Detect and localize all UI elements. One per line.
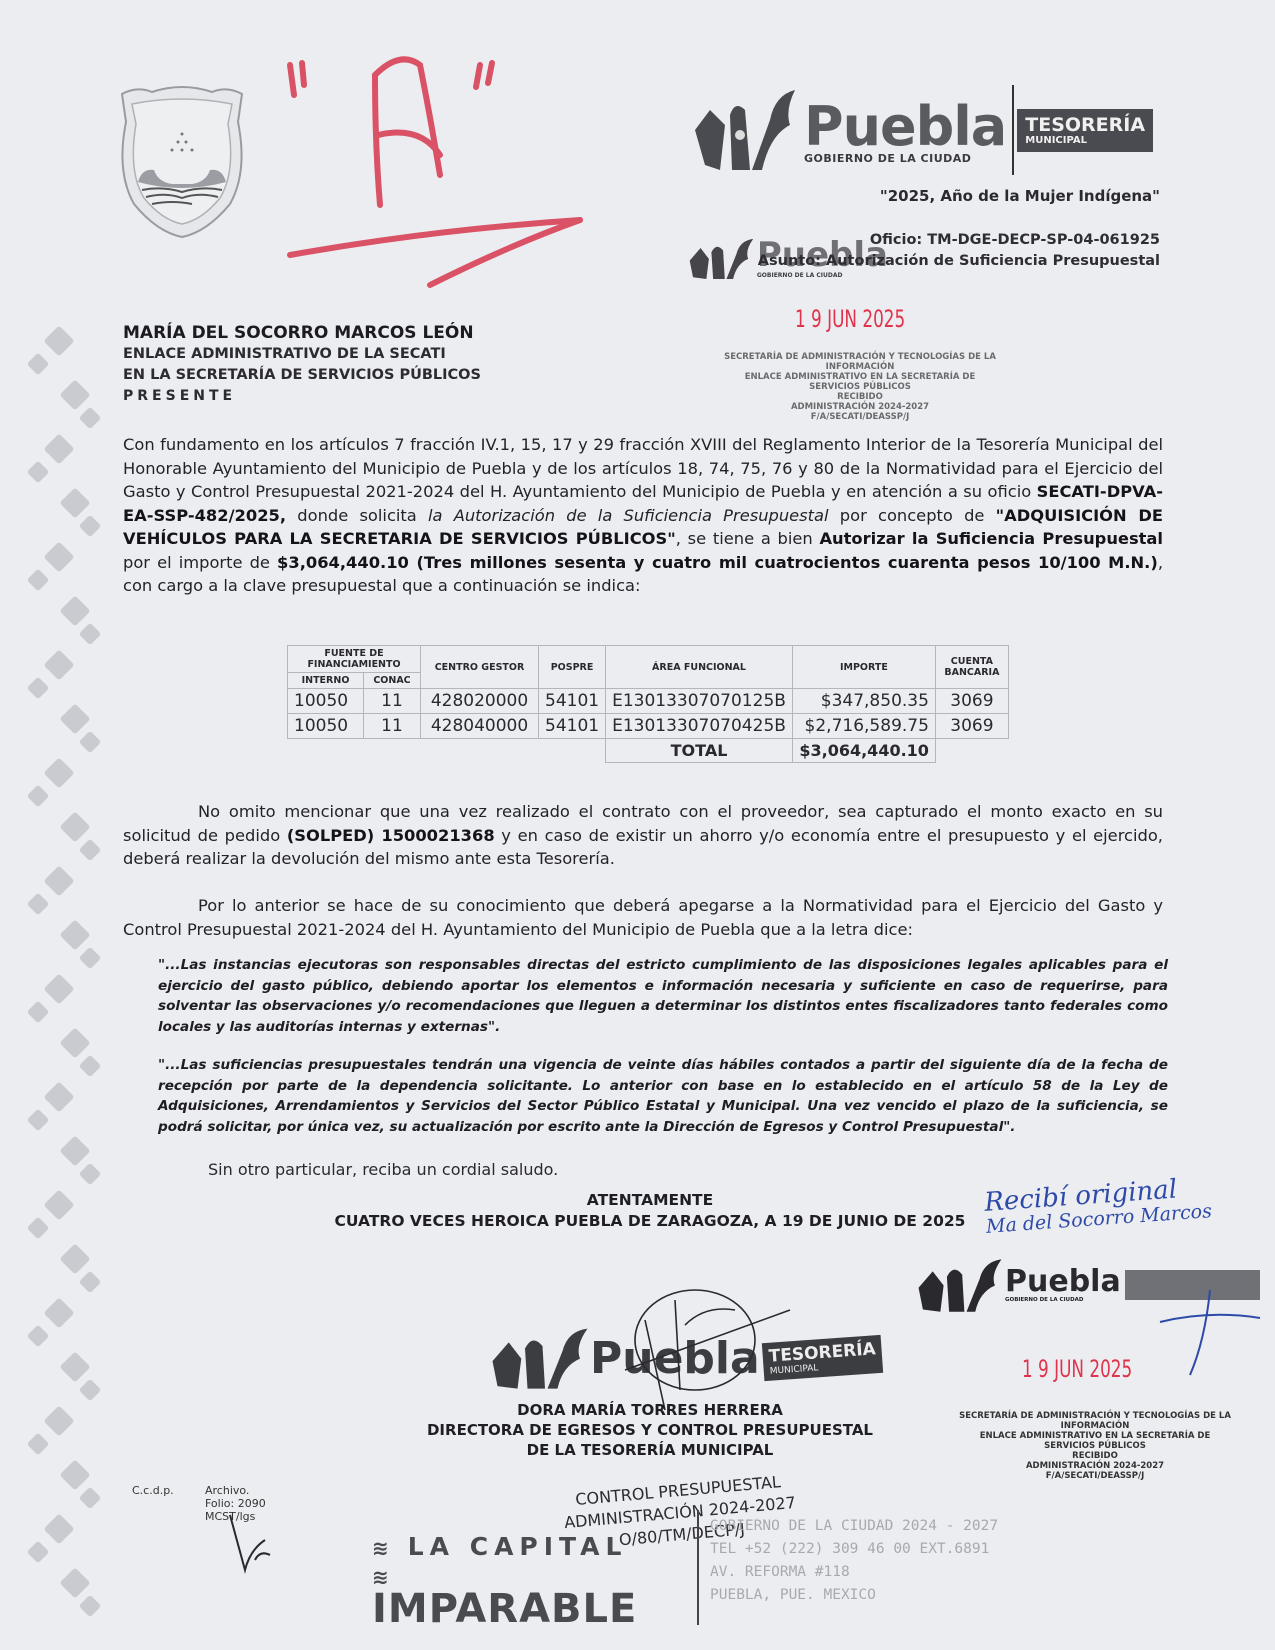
header-pospre: POSPRE xyxy=(539,646,606,689)
decorative-diamond xyxy=(27,677,50,700)
decorative-diamond xyxy=(79,1163,102,1186)
decorative-diamond xyxy=(43,973,74,1004)
cell-importe: $347,850.35 xyxy=(792,689,935,714)
total-value: $3,064,440.10 xyxy=(792,739,935,763)
decorative-diamond xyxy=(43,1405,74,1436)
decorative-diamond xyxy=(79,947,102,970)
stamp-line: RECIBIDO xyxy=(930,1451,1260,1461)
addressee-name: MARÍA DEL SOCORRO MARCOS LEÓN xyxy=(123,323,481,344)
decorative-diamond xyxy=(59,1027,90,1058)
decorative-diamond xyxy=(27,893,50,916)
handwritten-initial xyxy=(1150,1290,1270,1380)
header-area-funcional: ÁREA FUNCIONAL xyxy=(606,646,793,689)
p1-text: por concepto de xyxy=(829,506,996,525)
cell-importe: $2,716,589.75 xyxy=(792,714,935,739)
tesoreria-badge: TESORERÍA MUNICIPAL xyxy=(1017,109,1153,152)
decorative-diamond xyxy=(27,1541,50,1564)
oficio-number: Oficio: TM-DGE-DECP-SP-04-061925 xyxy=(758,230,1160,251)
received-stamp-text: SECRETARÍA DE ADMINISTRACIÓN Y TECNOLOGÍ… xyxy=(700,352,1020,422)
cell-area-funcional: E13013307070425B xyxy=(606,714,793,739)
la-capital-imparable-logo: ≋ LA CAPITAL ≋ IMPARABLE xyxy=(372,1532,662,1628)
received-stamp-bottom-text: SECRETARÍA DE ADMINISTRACIÓN Y TECNOLOGÍ… xyxy=(930,1411,1260,1481)
decorative-diamond xyxy=(43,433,74,464)
cell-conac: 11 xyxy=(363,689,420,714)
municipal-label: MUNICIPAL xyxy=(1025,135,1145,146)
total-row: TOTAL $3,064,440.10 xyxy=(288,739,1009,763)
stamp-line: SECRETARÍA DE ADMINISTRACIÓN Y TECNOLOGÍ… xyxy=(930,1411,1260,1421)
stamp-logo-word: Puebla xyxy=(1005,1267,1121,1297)
paragraph-solped: No omito mencionar que una vez realizado… xyxy=(123,800,1163,871)
cell-centro-gestor: 428040000 xyxy=(421,714,539,739)
signature-header: ATENTAMENTE CUATRO VECES HEROICA PUEBLA … xyxy=(320,1190,980,1232)
cell-cuenta: 3069 xyxy=(935,689,1008,714)
stamp-line: ADMINISTRACIÓN 2024-2027 xyxy=(930,1461,1260,1471)
archivo-line: Folio: 2090 xyxy=(205,1497,266,1510)
decorative-diamond xyxy=(27,569,50,592)
stamp-line: ADMINISTRACIÓN 2024-2027 xyxy=(700,402,1020,412)
slogan-line2: IMPARABLE xyxy=(372,1590,662,1628)
decorative-diamond xyxy=(59,1351,90,1382)
handwritten-a-mark xyxy=(280,55,590,295)
puebla-tesoreria-logo: Puebla GOBIERNO DE LA CIUDAD TESORERÍA M… xyxy=(690,80,1160,180)
header-fuente: FUENTE DE FINANCIAMIENTO xyxy=(288,646,421,673)
received-date-stamp-bottom: 1 9 JUN 2025 xyxy=(1022,1355,1132,1383)
total-label: TOTAL xyxy=(606,739,793,763)
ccdp-label: C.c.d.p. xyxy=(132,1484,174,1497)
decorative-diamond xyxy=(27,1109,50,1132)
budget-key-table: FUENTE DE FINANCIAMIENTO CENTRO GESTOR P… xyxy=(287,645,1009,763)
stamp-line: ENLACE ADMINISTRATIVO EN LA SECRETARÍA D… xyxy=(930,1431,1260,1441)
decorative-diamond xyxy=(43,541,74,572)
decorative-diamond xyxy=(59,1459,90,1490)
decorative-diamond xyxy=(43,1513,74,1544)
decorative-diamond xyxy=(27,1217,50,1240)
slogan-text: LA CAPITAL xyxy=(408,1532,628,1561)
oficio-block: Oficio: TM-DGE-DECP-SP-04-061925 Asunto:… xyxy=(758,230,1160,272)
decorative-diamond xyxy=(27,1001,50,1024)
decorative-diamond xyxy=(43,1081,74,1112)
decorative-diamond xyxy=(43,757,74,788)
stamp-line: ENLACE ADMINISTRATIVO EN LA SECRETARÍA D… xyxy=(700,372,1020,382)
stamp-line: F/A/SECATI/DEASSP/J xyxy=(930,1471,1260,1481)
p1-text: donde solicita xyxy=(286,506,428,525)
header-cuenta: CUENTA BANCARIA xyxy=(935,646,1008,689)
slogan-line1: ≋ LA CAPITAL ≋ xyxy=(372,1532,662,1590)
p1-text: por el importe de xyxy=(123,553,277,572)
tesoreria-label: TESORERÍA xyxy=(1025,115,1145,135)
decorative-diamond xyxy=(79,623,102,646)
decorative-diamond xyxy=(59,1135,90,1166)
footer-divider xyxy=(697,1510,699,1625)
cell-cuenta: 3069 xyxy=(935,714,1008,739)
signer-title-2: DE LA TESORERÍA MUNICIPAL xyxy=(395,1440,905,1460)
p1-text: Con fundamento en los artículos 7 fracci… xyxy=(123,435,1163,501)
decorative-diamond xyxy=(79,515,102,538)
addressee-department: EN LA SECRETARÍA DE SERVICIOS PÚBLICOS xyxy=(123,365,481,386)
city-emblem-icon xyxy=(688,231,755,286)
handwritten-receipt: Recibí original Ma del Socorro Marcos xyxy=(984,1175,1213,1239)
decorative-diamond xyxy=(59,919,90,950)
header-conac: CONAC xyxy=(363,673,420,689)
coat-of-arms-icon xyxy=(112,82,252,242)
decorative-diamond xyxy=(27,353,50,376)
signer-name: DORA MARÍA TORRES HERRERA xyxy=(395,1400,905,1420)
cell-centro-gestor: 428020000 xyxy=(421,689,539,714)
atentamente: ATENTAMENTE xyxy=(320,1190,980,1211)
addressee-presente: PRESENTE xyxy=(123,386,481,407)
address-line: GOBIERNO DE LA CIUDAD 2024 - 2027 xyxy=(710,1515,998,1538)
decorative-diamond xyxy=(79,1487,102,1510)
addressee-position: ENLACE ADMINISTRATIVO DE LA SECATI xyxy=(123,344,481,365)
decorative-diamond xyxy=(79,731,102,754)
year-motto: "2025, Año de la Mujer Indígena" xyxy=(880,187,1160,205)
decorative-diamond xyxy=(59,379,90,410)
place-date: CUATRO VECES HEROICA PUEBLA DE ZARAGOZA,… xyxy=(320,1211,980,1232)
decorative-diamond xyxy=(79,1271,102,1294)
decorative-diamond xyxy=(79,839,102,862)
address-line: PUEBLA, PUE. MEXICO xyxy=(710,1584,998,1607)
asunto: Asunto: Autorización de Suficiencia Pres… xyxy=(758,251,1160,272)
decorative-diamond xyxy=(59,1567,90,1598)
decorative-diamond xyxy=(59,1243,90,1274)
stamp-line: INFORMACIÓN xyxy=(700,362,1020,372)
decorative-diamond xyxy=(79,1379,102,1402)
solped-number: (SOLPED) 1500021368 xyxy=(287,826,495,845)
table-row: 100501142802000054101E13013307070125B$34… xyxy=(288,689,1009,714)
address-line: TEL +52 (222) 309 46 00 EXT.6891 xyxy=(710,1538,998,1561)
decorative-diamond xyxy=(27,785,50,808)
cell-pospre: 54101 xyxy=(539,689,606,714)
authorization-phrase: Autorizar la Suficiencia Presupuestal xyxy=(819,529,1163,548)
cell-area-funcional: E13013307070125B xyxy=(606,689,793,714)
quote-vigencia: "...Las suficiencias presupuestales tend… xyxy=(158,1055,1168,1137)
archivo-line: Archivo. xyxy=(205,1484,266,1497)
decorative-diamond xyxy=(43,865,74,896)
stamp-line: INFORMACIÓN xyxy=(930,1421,1260,1431)
quote-responsabilidad: "...Las instancias ejecutoras son respon… xyxy=(158,955,1168,1037)
decorative-diamond xyxy=(59,811,90,842)
address-line: AV. REFORMA #118 xyxy=(710,1561,998,1584)
decorative-diamond xyxy=(59,703,90,734)
p1-italic: la Autorización de la Suficiencia Presup… xyxy=(428,506,829,525)
cell-pospre: 54101 xyxy=(539,714,606,739)
cell-conac: 11 xyxy=(363,714,420,739)
cell-interno: 10050 xyxy=(288,689,364,714)
decorative-diamond xyxy=(43,1189,74,1220)
paragraph-authorization: Con fundamento en los artículos 7 fracci… xyxy=(123,433,1163,598)
authorized-amount: $3,064,440.10 (Tres millones sesenta y c… xyxy=(277,553,1158,572)
table-row: 100501142804000054101E13013307070425B$2,… xyxy=(288,714,1009,739)
decorative-border xyxy=(30,330,110,1630)
stamp-line: SECRETARÍA DE ADMINISTRACIÓN Y TECNOLOGÍ… xyxy=(700,352,1020,362)
footer-address: GOBIERNO DE LA CIUDAD 2024 - 2027TEL +52… xyxy=(710,1515,998,1607)
header-interno: INTERNO xyxy=(288,673,364,689)
addressee-block: MARÍA DEL SOCORRO MARCOS LEÓN ENLACE ADM… xyxy=(123,323,481,407)
received-date-stamp: 1 9 JUN 2025 xyxy=(795,305,905,333)
signer-title: DIRECTORA DE EGRESOS Y CONTROL PRESUPUES… xyxy=(395,1420,905,1440)
logo-wordmark: Puebla xyxy=(804,95,1006,158)
closing-greeting: Sin otro particular, reciba un cordial s… xyxy=(208,1160,558,1179)
decorative-diamond xyxy=(79,1595,102,1618)
decorative-diamond xyxy=(43,325,74,356)
header-centro-gestor: CENTRO GESTOR xyxy=(421,646,539,689)
city-emblem-icon xyxy=(690,80,800,180)
initials-scribble xyxy=(225,1510,285,1580)
decorative-diamond xyxy=(59,487,90,518)
decorative-diamond xyxy=(59,595,90,626)
paragraph-normatividad: Por lo anterior se hace de su conocimien… xyxy=(123,894,1163,941)
decorative-diamond xyxy=(79,1055,102,1078)
decorative-diamond xyxy=(43,649,74,680)
decorative-diamond xyxy=(27,1325,50,1348)
stamp-line: RECIBIDO xyxy=(700,392,1020,402)
decorative-diamond xyxy=(27,461,50,484)
decorative-diamond xyxy=(79,407,102,430)
stamp-line: F/A/SECATI/DEASSP/J xyxy=(700,412,1020,422)
city-emblem-icon xyxy=(490,1318,590,1398)
city-emblem-icon xyxy=(915,1255,1005,1315)
stamp-line: SERVICIOS PÚBLICOS xyxy=(700,382,1020,392)
decorative-diamond xyxy=(27,1433,50,1456)
decorative-diamond xyxy=(43,1297,74,1328)
signer-block: DORA MARÍA TORRES HERRERA DIRECTORA DE E… xyxy=(395,1400,905,1460)
p1-text: , se tiene a bien xyxy=(676,529,820,548)
header-importe: IMPORTE xyxy=(792,646,935,689)
stamp-line: SERVICIOS PÚBLICOS xyxy=(930,1441,1260,1451)
cell-interno: 10050 xyxy=(288,714,364,739)
